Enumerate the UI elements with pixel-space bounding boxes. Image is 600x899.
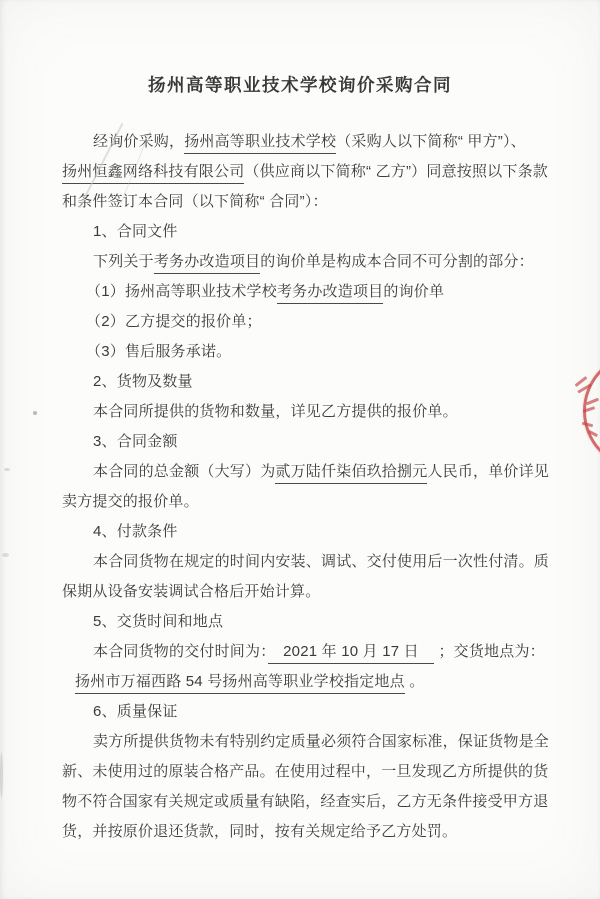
text-segment: （1）扬州高等职业技术学校	[86, 283, 277, 300]
text-line: 5、交货时间和地点	[62, 607, 544, 637]
underlined-text: 考务办改造项目	[277, 283, 383, 304]
text-line: 卖方所提供货物未有特别约定质量必须符合国家标准，保证货物是全	[62, 727, 544, 757]
text-segment: 卖方提交的报价单。	[62, 493, 199, 510]
text-line: 扬州恒鑫网络科技有限公司（供应商以下简称“ 乙方”）同意按照以下条款	[62, 157, 544, 187]
text-segment: 4、付款条件	[93, 523, 178, 540]
scan-speck	[4, 468, 10, 471]
text-segment: （3）售后服务承诺。	[86, 343, 231, 360]
text-line: 本合同的总金额（大写）为贰万陆仟柒佰玖拾捌元人民币，单价详见	[62, 457, 544, 487]
text-line: 和条件签订本合同（以下简称“ 合同”）：	[62, 187, 544, 217]
text-segment: 6、质量保证	[93, 703, 178, 720]
underlined-text: 2021 年 10 月 17 日	[268, 643, 434, 664]
underlined-text: 考务办改造项目	[154, 253, 260, 274]
document-body: 经询价采购，扬州高等职业技术学校（采购人以下简称“ 甲方”）、扬州恒鑫网络科技有…	[62, 127, 544, 847]
text-line: 本合同货物的交付时间为： 2021 年 10 月 17 日 ；交货地点为：	[62, 637, 544, 667]
text-segment: 卖方所提供货物未有特别约定质量必须符合国家标准，保证货物是全	[93, 733, 549, 750]
text-line: 卖方提交的报价单。	[62, 487, 544, 517]
text-segment: 经询价采购，	[93, 133, 184, 150]
underlined-text: 扬州恒鑫网络科技有限公司	[62, 163, 244, 184]
scanned-contract-page: 扬州高等职业技术学校询价采购合同 经询价采购，扬州高等职业技术学校（采购人以下简…	[0, 0, 600, 899]
underlined-text: 扬州市万福西路 54 号扬州高等职业学校指定地点	[75, 673, 405, 694]
text-segment: 3、合同金额	[93, 433, 178, 450]
text-segment: ；交货地点为：	[434, 643, 545, 660]
text-line: （1）扬州高等职业技术学校考务办改造项目的询价单	[62, 277, 544, 307]
text-line: 扬州市万福西路 54 号扬州高等职业学校指定地点 。	[62, 667, 544, 697]
text-segment: 本合同的总金额（大写）为	[93, 463, 275, 480]
text-line: 货，并按原价退还货款，同时，按有关规定给予乙方处罚。	[62, 817, 544, 847]
text-segment: 和条件签订本合同（以下简称“ 合同”）：	[62, 193, 328, 210]
text-line: 本合同所提供的货物和数量，详见乙方提供的报价单。	[62, 397, 544, 427]
text-segment: 人民币，单价详见	[427, 463, 549, 480]
text-segment: 1、合同文件	[93, 223, 178, 240]
text-segment: 的询价单	[383, 283, 444, 300]
text-segment: 本合同所提供的货物和数量，详见乙方提供的报价单。	[93, 403, 458, 420]
text-line: 保期从设备安装调试合格后开始计算。	[62, 577, 544, 607]
text-line: 新、未使用过的原装合格产品。在使用过程中，一旦发现乙方所提供的货	[62, 757, 544, 787]
text-segment: （采购人以下简称“ 甲方”）、	[336, 133, 526, 150]
text-segment: 5、交货时间和地点	[93, 613, 223, 630]
text-line: （3）售后服务承诺。	[62, 337, 544, 367]
scan-speck	[33, 411, 37, 415]
text-segment: （2）乙方提交的报价单；	[86, 313, 262, 330]
text-segment: 本合同货物的交付时间为：	[93, 643, 268, 660]
text-segment: 本合同货物在规定的时间内安装、调试、交付使用后一次性付清。质	[93, 553, 549, 570]
text-segment: 下列关于	[93, 253, 154, 270]
text-segment: 货，并按原价退还货款，同时，按有关规定给予乙方处罚。	[62, 823, 457, 840]
scan-speck	[2, 553, 9, 557]
text-line: 3、合同金额	[62, 427, 544, 457]
scan-edge-shadow	[0, 752, 3, 798]
document-title: 扬州高等职业技术学校询价采购合同	[0, 72, 600, 97]
underlined-text: 贰万陆仟柒佰玖拾捌元	[275, 463, 427, 484]
text-segment: 的询价单是构成本合同不可分割的部分：	[260, 253, 534, 270]
text-segment: （供应商以下简称“ 乙方”）同意按照以下条款	[244, 163, 548, 180]
text-segment: 新、未使用过的原装合格产品。在使用过程中，一旦发现乙方所提供的货	[62, 763, 548, 780]
text-line: 本合同货物在规定的时间内安装、调试、交付使用后一次性付清。质	[62, 547, 544, 577]
text-line: （2）乙方提交的报价单；	[62, 307, 544, 337]
text-line: 6、质量保证	[62, 697, 544, 727]
underlined-text: 扬州高等职业技术学校	[184, 133, 336, 154]
text-segment: 。	[405, 673, 425, 690]
text-line: 下列关于考务办改造项目的询价单是构成本合同不可分割的部分：	[62, 247, 544, 277]
text-segment: 保期从设备安装调试合格后开始计算。	[62, 583, 320, 600]
text-line: 2、货物及数量	[62, 367, 544, 397]
text-line: 1、合同文件	[62, 217, 544, 247]
text-segment: 2、货物及数量	[93, 373, 193, 390]
text-line: 4、付款条件	[62, 517, 544, 547]
text-segment: 物不符合国家有关规定或质量有缺陷，经查实后，乙方无条件接受甲方退	[62, 793, 548, 810]
text-line: 物不符合国家有关规定或质量有缺陷，经查实后，乙方无条件接受甲方退	[62, 787, 544, 817]
text-line: 经询价采购，扬州高等职业技术学校（采购人以下简称“ 甲方”）、	[62, 127, 544, 157]
